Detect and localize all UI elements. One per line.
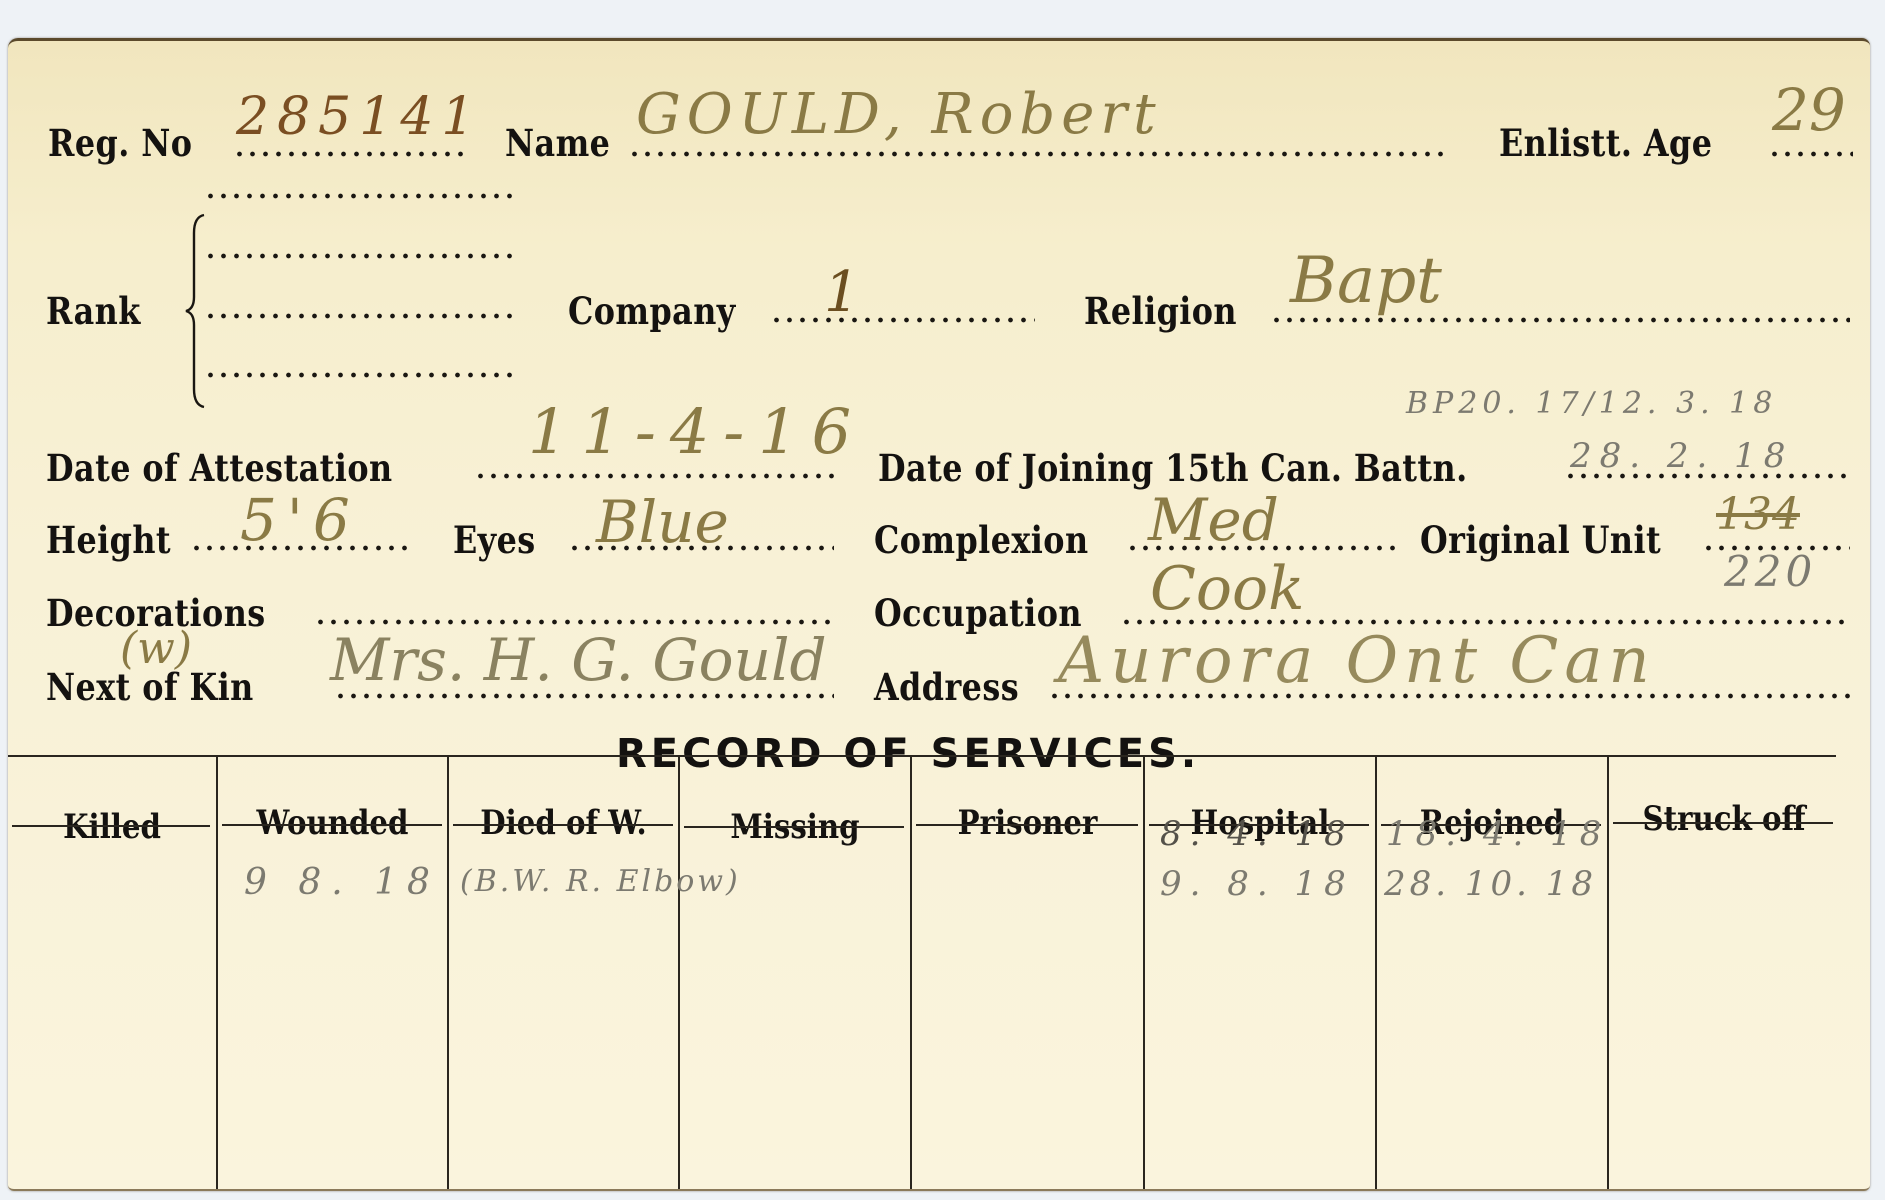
rejoined-entry-2: 28. 10. 18: [1384, 867, 1597, 901]
enlist-age-label: Enlistt. Age: [1499, 125, 1712, 162]
col-header-killed: Killed: [23, 807, 202, 847]
original-unit-label: Original Unit: [1420, 522, 1661, 559]
record-of-services-title: RECORD OF SERVICES.: [616, 731, 1200, 777]
date-of-joining-label: Date of Joining 15th Can. Battn.: [878, 450, 1468, 487]
header-underline-8: [1613, 822, 1833, 824]
attestation-dotted-line: [474, 473, 834, 479]
religion-value: Bapt: [1290, 249, 1442, 313]
hospital-entry-1: 8. 4. 18: [1160, 817, 1354, 851]
rank-line-2: [204, 253, 514, 259]
col-divider-5: [1143, 757, 1145, 1189]
reg-no-value: 285141: [236, 91, 483, 143]
col-header-died-of-wounds: Died of W.: [465, 803, 662, 843]
joining-annotation: BP20. 17/12. 3. 18: [1406, 389, 1777, 419]
enlist-age-dotted-line: [1768, 151, 1853, 157]
header-underline-1: [12, 825, 210, 827]
rank-line-4: [204, 372, 514, 378]
col-header-struck-off: Struck off: [1625, 799, 1823, 839]
next-of-kin-label: Next of Kin: [46, 669, 254, 706]
date-of-joining-value: 28. 2. 18: [1570, 439, 1793, 473]
rank-label: Rank: [46, 293, 141, 330]
header-underline-5: [916, 824, 1138, 826]
original-unit-struck-value: 134: [1716, 493, 1800, 537]
col-divider-6: [1375, 757, 1377, 1189]
col-divider-2: [447, 757, 449, 1189]
reg-no-dotted-line: [233, 151, 468, 157]
height-value: 5'6: [240, 491, 360, 549]
name-value: GOULD, Robert: [636, 87, 1162, 143]
header-underline-4: [684, 826, 904, 828]
next-of-kin-value: Mrs. H. G. Gould: [330, 631, 827, 689]
table-top-rule: [8, 755, 1836, 757]
name-dotted-line: [628, 151, 1448, 157]
complexion-value: Med: [1148, 491, 1279, 549]
address-value: Aurora Ont Can: [1058, 629, 1656, 693]
company-value: 1: [824, 265, 860, 321]
name-label: Name: [505, 125, 610, 162]
header-underline-2: [222, 824, 442, 826]
col-divider-4: [910, 757, 912, 1189]
wounded-entry-1: 9 8. 18: [244, 865, 440, 901]
company-label: Company: [568, 293, 736, 330]
col-header-wounded: Wounded: [234, 803, 431, 843]
date-of-attestation-label: Date of Attestation: [46, 450, 393, 487]
religion-label: Religion: [1084, 293, 1237, 330]
header-underline-3: [453, 824, 673, 826]
col-divider-3: [678, 757, 680, 1189]
enlist-age-value: 29: [1772, 81, 1846, 139]
reg-no-label: Reg. No: [48, 125, 192, 162]
original-unit-value: 220: [1724, 551, 1816, 593]
height-label: Height: [46, 522, 171, 559]
occupation-value: Cook: [1150, 559, 1305, 619]
date-of-attestation-value: 11-4-16: [528, 401, 865, 463]
complexion-label: Complexion: [874, 522, 1089, 559]
address-label: Address: [874, 669, 1019, 706]
eyes-label: Eyes: [453, 522, 536, 559]
decorations-dotted-line: [314, 619, 834, 625]
hospital-entry-2: 9. 8. 18: [1160, 867, 1354, 901]
occupation-label: Occupation: [874, 595, 1082, 632]
eyes-value: Blue: [596, 493, 729, 551]
service-record-card: Reg. No 285141 Name GOULD, Robert Enlist…: [8, 38, 1870, 1191]
col-divider-1: [216, 757, 218, 1189]
rank-line-1: [204, 193, 514, 199]
col-header-prisoner: Prisoner: [928, 803, 1127, 843]
company-dotted-line: [770, 317, 1035, 323]
rank-line-3: [204, 313, 514, 319]
died-of-wounds-entry-1: (B.W. R. Elbow): [460, 867, 741, 897]
rejoined-entry-1: 18. 4. 18: [1386, 817, 1609, 851]
rank-brace-icon: [184, 213, 206, 409]
